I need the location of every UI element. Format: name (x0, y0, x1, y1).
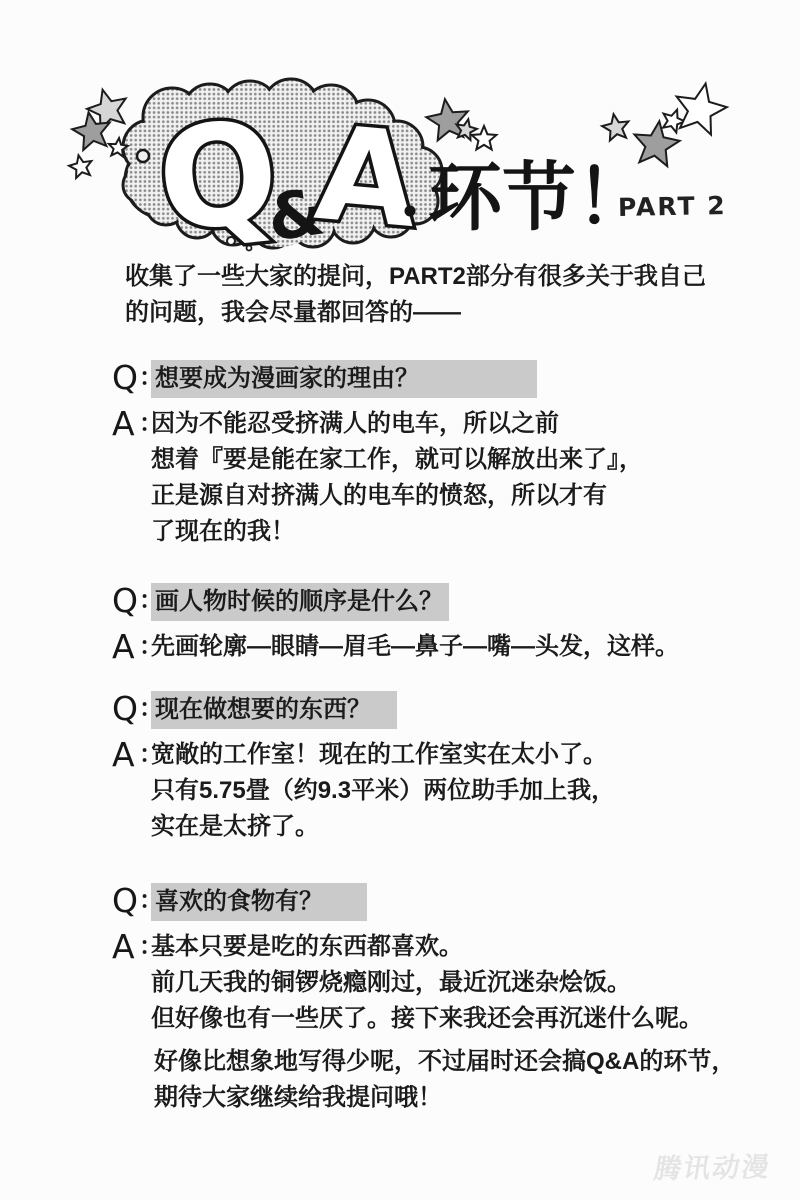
title-artwork: Q & A (0, 55, 800, 267)
question-text: 画人物时候的顺序是什么？ (151, 583, 449, 621)
q-label: Q (112, 883, 139, 919)
a-label: A (112, 406, 139, 442)
question-text: 喜欢的食物有？ (151, 883, 367, 921)
a-label: A (112, 737, 139, 773)
q-colon: ： (139, 360, 151, 396)
q-colon: ： (139, 583, 151, 619)
watermark: 腾讯动漫 (652, 1145, 775, 1186)
answer-line: 了现在的我！ (151, 514, 643, 550)
question-row: Q ： 画人物时候的顺序是什么？ (112, 583, 772, 621)
answer-line: 正是源自对挤满人的电车的愤怒，所以才有 (151, 478, 643, 514)
a-label: A (112, 629, 139, 665)
answer-line: 想着『要是能在家工作，就可以解放出来了』， (151, 442, 643, 478)
q-colon: ： (139, 691, 151, 727)
answer-line: 实在是太挤了。 (151, 809, 615, 845)
answer-text: 宽敞的工作室！现在的工作室实在太小了。 只有5.75畳（约9.3平米）两位助手加… (151, 737, 615, 845)
title-suffix: 环节！ (428, 158, 650, 238)
answer-row: A ： 宽敞的工作室！现在的工作室实在太小了。 只有5.75畳（约9.3平米）两… (112, 737, 772, 845)
intro-text: 收集了一些大家的提问，PART2部分有很多关于我自己 的问题，我会尽量都回答的—… (125, 259, 706, 331)
star-icon (670, 78, 730, 136)
answer-line: 基本只要是吃的东西都喜欢。 (151, 929, 703, 965)
answer-line: 但好像也有一些厌了。接下来我还会再沉迷什么呢。 (151, 1001, 703, 1037)
answer-line: 因为不能忍受挤满人的电车，所以之前 (151, 406, 643, 442)
intro-line-2: 的问题，我会尽量都回答的—— (125, 295, 706, 331)
star-icon (600, 112, 631, 142)
a-colon: ： (139, 737, 151, 773)
q-label: Q (112, 583, 139, 619)
answer-row: A ： 先画轮廓—眼睛—眉毛—鼻子—嘴—头发，这样。 (112, 629, 772, 665)
question-row: Q ： 想要成为漫画家的理由？ (112, 360, 772, 398)
a-colon: ： (139, 929, 151, 965)
question-row: Q ： 现在做想要的东西？ (112, 691, 772, 729)
question-text: 现在做想要的东西？ (151, 691, 397, 729)
title-letter-q: Q (151, 90, 286, 265)
answer-text: 先画轮廓—眼睛—眉毛—鼻子—嘴—头发，这样。 (151, 629, 679, 665)
star-icon (67, 153, 94, 179)
question-text: 想要成为漫画家的理由？ (151, 360, 537, 398)
title-period-dot (405, 206, 416, 217)
q-label: Q (112, 691, 139, 727)
qa-block-4: Q ： 喜欢的食物有？ A ： 基本只要是吃的东西都喜欢。 前几天我的铜锣烧瘾刚… (112, 883, 772, 1037)
closing-line-2: 期待大家继续给我提问哦！ (154, 1080, 735, 1116)
answer-row: A ： 因为不能忍受挤满人的电车，所以之前 想着『要是能在家工作，就可以解放出来… (112, 406, 772, 550)
a-colon: ： (139, 406, 151, 442)
intro-line-1: 收集了一些大家的提问，PART2部分有很多关于我自己 (125, 259, 706, 295)
title-letter-a: A (310, 97, 423, 257)
answer-line: 先画轮廓—眼睛—眉毛—鼻子—嘴—头发，这样。 (151, 629, 679, 665)
closing-line-1: 好像比想象地写得少呢，不过届时还会搞Q&A的环节， (154, 1044, 735, 1080)
manga-qa-page: Q & A 环节！ PART 2 收集了一些大家的提问，PART2部分有很多关于… (0, 0, 800, 1200)
answer-row: A ： 基本只要是吃的东西都喜欢。 前几天我的铜锣烧瘾刚过，最近沉迷杂烩饭。 但… (112, 929, 772, 1037)
q-label: Q (112, 360, 139, 396)
question-row: Q ： 喜欢的食物有？ (112, 883, 772, 921)
a-colon: ： (139, 629, 151, 665)
qa-block-2: Q ： 画人物时候的顺序是什么？ A ： 先画轮廓—眼睛—眉毛—鼻子—嘴—头发，… (112, 583, 772, 665)
closing-note: 好像比想象地写得少呢，不过届时还会搞Q&A的环节， 期待大家继续给我提问哦！ (154, 1044, 735, 1116)
answer-text: 基本只要是吃的东西都喜欢。 前几天我的铜锣烧瘾刚过，最近沉迷杂烩饭。 但好像也有… (151, 929, 703, 1037)
answer-line: 前几天我的铜锣烧瘾刚过，最近沉迷杂烩饭。 (151, 965, 703, 1001)
title-part-label: PART 2 (618, 191, 727, 222)
answer-text: 因为不能忍受挤满人的电车，所以之前 想着『要是能在家工作，就可以解放出来了』， … (151, 406, 643, 550)
answer-line: 宽敞的工作室！现在的工作室实在太小了。 (151, 737, 615, 773)
qa-block-3: Q ： 现在做想要的东西？ A ： 宽敞的工作室！现在的工作室实在太小了。 只有… (112, 691, 772, 845)
q-colon: ： (139, 883, 151, 919)
qa-block-1: Q ： 想要成为漫画家的理由？ A ： 因为不能忍受挤满人的电车，所以之前 想着… (112, 360, 772, 550)
a-label: A (112, 929, 139, 965)
answer-line: 只有5.75畳（约9.3平米）两位助手加上我， (151, 773, 615, 809)
bubble-dot-icon (137, 150, 149, 162)
